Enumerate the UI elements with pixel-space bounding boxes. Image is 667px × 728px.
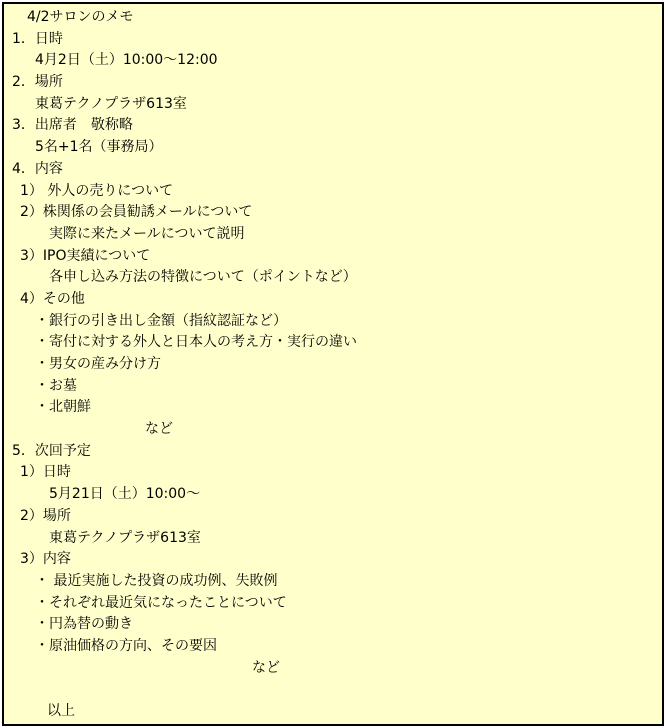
memo-line: 3）内容 [4,549,662,571]
memo-line: 5名+1名（事務局） [4,137,662,159]
memo-line: ・男女の産み分け方 [4,354,662,376]
memo-body: 4/2サロンのメモ1．日時4月2日（土）10:00～12:002．場所東葛テクノ… [4,7,662,723]
memo-line: など [4,658,662,680]
memo-line: 1．日時 [4,29,662,51]
memo-line: 4．内容 [4,159,662,181]
memo-line: ・原油価格の方向、その要因 [4,636,662,658]
page-viewport: 4/2サロンのメモ1．日時4月2日（土）10:00～12:002．場所東葛テクノ… [0,0,667,728]
memo-line: ・それぞれ最近気になったことについて [4,593,662,615]
memo-line: 5月21日（土）10:00～ [4,484,662,506]
memo-line: 実際に来たメールについて説明 [4,224,662,246]
memo-line: 2）場所 [4,506,662,528]
memo-line: 2．場所 [4,72,662,94]
memo-line: ・ 最近実施した投資の成功例、失敗例 [4,571,662,593]
memo-line: ・お墓 [4,376,662,398]
memo-line: 1） 外人の売りについて [4,181,662,203]
memo-line: 東葛テクノプラザ613室 [4,94,662,116]
memo-document: 4/2サロンのメモ1．日時4月2日（土）10:00～12:002．場所東葛テクノ… [2,2,664,726]
memo-line: 2）株関係の会員勧誘メールについて [4,202,662,224]
memo-line: ・銀行の引き出し金額（指紋認証など） [4,311,662,333]
memo-line: 以上 [4,701,662,723]
memo-line [4,679,662,701]
memo-line: 3．出席者 敬称略 [4,115,662,137]
memo-line: 5．次回予定 [4,441,662,463]
memo-line: ・円為替の動き [4,614,662,636]
memo-line: など [4,419,662,441]
memo-line: 1）日時 [4,462,662,484]
memo-line: 3）IPO実績について [4,246,662,268]
memo-line: 4/2サロンのメモ [4,7,662,29]
memo-line: 4）その他 [4,289,662,311]
memo-line: ・北朝鮮 [4,397,662,419]
memo-line: 東葛テクノプラザ613室 [4,528,662,550]
memo-line: 4月2日（土）10:00～12:00 [4,50,662,72]
memo-line: 各申し込み方法の特徴について（ポイントなど） [4,267,662,289]
memo-line: ・寄付に対する外人と日本人の考え方・実行の違い [4,332,662,354]
